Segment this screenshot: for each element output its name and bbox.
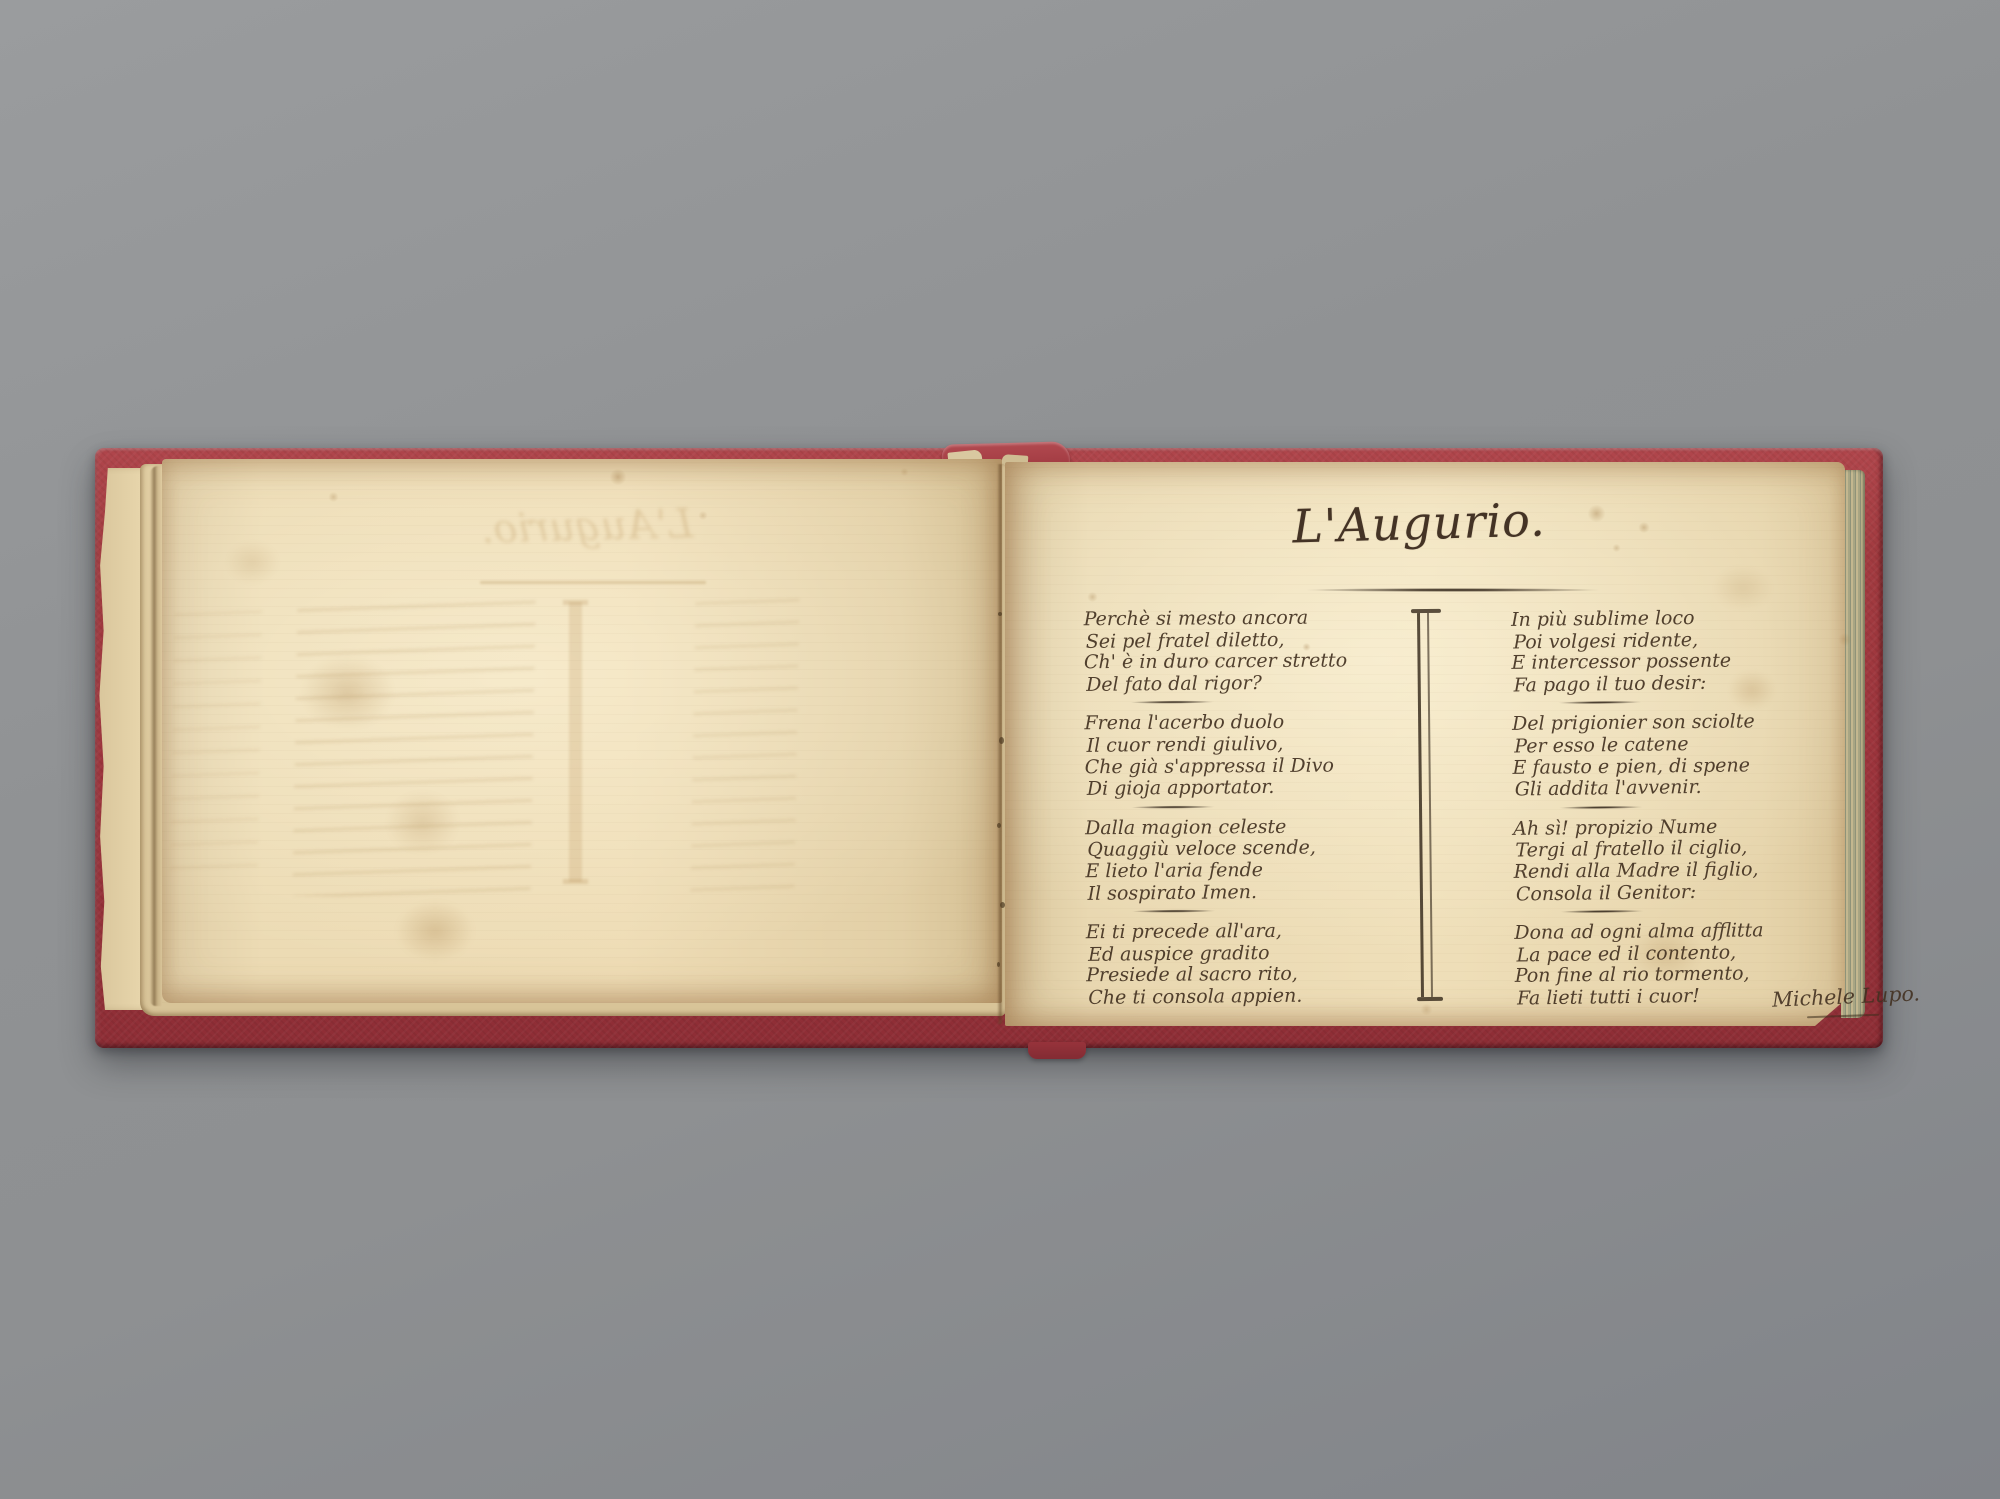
stanza-divider-flourish bbox=[1132, 909, 1216, 913]
poem-line: Consola il Genitor: bbox=[1516, 879, 1876, 906]
poem-line: E lieto l'aria fende bbox=[1085, 859, 1445, 883]
poem-title: L'Augurio. bbox=[994, 484, 1843, 562]
ghost-text-showthrough bbox=[292, 596, 535, 900]
poem-line: Ch' è in duro carcer stretto bbox=[1084, 650, 1444, 674]
stanza: Ah sì! propizio Nume Tergi al fratello i… bbox=[1513, 815, 1874, 905]
gutter-speck bbox=[997, 962, 1000, 967]
poem-line: Frena l'acerbo duolo bbox=[1084, 711, 1444, 735]
cover-bottom-tab bbox=[1028, 1042, 1086, 1059]
foxing-stain bbox=[609, 469, 627, 485]
gutter-speck bbox=[997, 823, 1001, 828]
poem-line: Il sospirato Imen. bbox=[1087, 880, 1447, 905]
ghost-underline-showthrough bbox=[480, 581, 706, 584]
foxing-stain bbox=[328, 492, 339, 502]
stain-smudge bbox=[385, 790, 460, 855]
stanza: Perchè si mesto ancora Sei pel fratel di… bbox=[1084, 607, 1445, 696]
title-underline-flourish bbox=[1305, 588, 1601, 592]
ghost-text-showthrough bbox=[690, 589, 799, 896]
poem-line: Che ti consola appien. bbox=[1088, 984, 1448, 1009]
stanza-divider-flourish bbox=[1560, 910, 1644, 914]
page-edge-crease bbox=[150, 466, 162, 1006]
stanza-divider-flourish bbox=[1558, 701, 1642, 705]
poem-column-right: In più sublime loco Poi volgesi ridente,… bbox=[1511, 606, 1875, 1009]
album-book: L'Augurio. L'Augurio. bbox=[0, 0, 2000, 1499]
poem-line: Perchè si mesto ancora bbox=[1084, 607, 1444, 631]
poem-page-content: L'Augurio. Perchè si mesto ancora Sei pe… bbox=[1005, 462, 1853, 1026]
stanza-divider-flourish bbox=[1130, 701, 1214, 705]
poem-line: Del fato dal rigor? bbox=[1086, 671, 1446, 696]
stain-smudge bbox=[300, 655, 395, 730]
stanza: Frena l'acerbo duolo Il cuor rendi giuli… bbox=[1084, 711, 1445, 800]
photo-backdrop: L'Augurio. L'Augurio. bbox=[0, 0, 2000, 1499]
poem-line: Ei ti precede all'ara, bbox=[1086, 920, 1446, 944]
poem-line: Sei pel fratel diletto, bbox=[1086, 628, 1446, 653]
stain-smudge bbox=[225, 540, 280, 585]
stanza: In più sublime loco Poi volgesi ridente,… bbox=[1511, 606, 1872, 696]
stanza: Del prigionier son sciolte Per esso le c… bbox=[1512, 710, 1873, 800]
gutter-speck bbox=[999, 737, 1004, 744]
poem-line: Quaggiù veloce scende, bbox=[1087, 836, 1447, 861]
poem-line: Fa pago il tuo desir: bbox=[1514, 670, 1874, 697]
poem-line: Ed auspice gradito bbox=[1088, 941, 1448, 966]
stanza-divider-flourish bbox=[1131, 805, 1215, 809]
stanza-divider-flourish bbox=[1559, 805, 1643, 809]
poem-line: La pace ed il contento, bbox=[1516, 940, 1876, 967]
poem-line: Presiede al sacro rito, bbox=[1086, 963, 1446, 987]
ghost-text-showthrough bbox=[170, 599, 263, 880]
foxing-stain bbox=[900, 468, 909, 476]
ghost-divider-showthrough bbox=[569, 602, 582, 882]
poem-column-left: Perchè si mesto ancora Sei pel fratel di… bbox=[1084, 607, 1447, 1009]
stain-smudge bbox=[395, 900, 475, 962]
gutter-speck bbox=[998, 612, 1002, 616]
poem-line: Di gioja apportator. bbox=[1087, 775, 1447, 800]
foxing-stain bbox=[698, 511, 708, 520]
stanza: Ei ti precede all'ara, Ed auspice gradit… bbox=[1086, 920, 1447, 1009]
poem-line: Il cuor rendi giulivo, bbox=[1086, 732, 1446, 757]
stanza: Dalla magion celeste Quaggiù veloce scen… bbox=[1085, 815, 1446, 904]
poem-line: Poi volgesi ridente, bbox=[1513, 627, 1873, 654]
poem-line: Gli addita l'avvenir. bbox=[1515, 775, 1875, 802]
ghost-title-showthrough: L'Augurio. bbox=[477, 501, 693, 559]
